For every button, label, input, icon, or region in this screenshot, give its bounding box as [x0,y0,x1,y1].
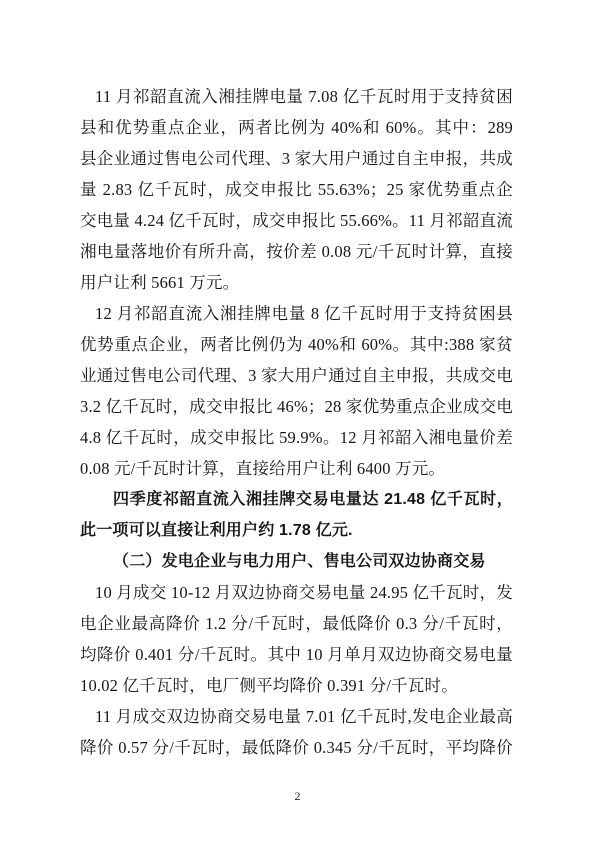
text-line: 县和优势重点企业，两者比例为 40%和 60%。其中：289 家贫困 [80,112,513,143]
text-line: 均降价 0.401 分/千瓦时。其中 10 月单月双边协商交易电量 [80,639,513,670]
text-line: 10.02 亿千瓦时，电厂侧平均降价 0.391 分/千瓦时。 [80,670,513,701]
text-line: 优势重点企业，两者比例仍为 40%和 60%。其中:388 家贫困县企 [80,329,513,360]
text-line: 0.08 元/千瓦时计算，直接给用户让利 6400 万元。 [80,453,513,484]
document-page: 11 月祁韶直流入湘挂牌电量 7.08 亿千瓦时用于支持贫困县和优势重点企业，两… [0,0,595,842]
document-body: 11 月祁韶直流入湘挂牌电量 7.08 亿千瓦时用于支持贫困县和优势重点企业，两… [80,81,513,763]
text-line: 量 2.83 亿千瓦时，成交申报比 55.63%；25 家优势重点企业成 [80,174,513,205]
text-line: 4.8 亿千瓦时，成交申报比 59.9%。12 月祁韶入湘电量价差按 [80,422,513,453]
text-line: 11 月祁韶直流入湘挂牌电量 7.08 亿千瓦时用于支持贫困 [80,81,513,112]
text-line: 12 月祁韶直流入湘挂牌电量 8 亿千瓦时用于支持贫困县和 [80,298,513,329]
text-line: 11 月成交双边协商交易电量 7.01 亿千瓦时,发电企业最高 [80,701,513,732]
body-paragraph: 11 月祁韶直流入湘挂牌电量 7.08 亿千瓦时用于支持贫困县和优势重点企业，两… [80,81,513,298]
text-line: 电企业最高降价 1.2 分/千瓦时，最低降价 0.3 分/千瓦时，平 [80,608,513,639]
body-paragraph: 11 月成交双边协商交易电量 7.01 亿千瓦时,发电企业最高降价 0.57 分… [80,701,513,763]
section-heading: （二）发电企业与电力用户、售电公司双边协商交易 [80,546,513,577]
text-line: 降价 0.57 分/千瓦时，最低降价 0.345 分/千瓦时，平均降价 [80,732,513,763]
text-line: 县企业通过售电公司代理、3 家大用户通过自主申报，共成交电 [80,143,513,174]
text-line: 交电量 4.24 亿千瓦时，成交申报比 55.66%。11 月祁韶直流入 [80,205,513,236]
page-number: 2 [0,789,595,804]
text-line: 四季度祁韶直流入湘挂牌交易电量达 21.48 亿千瓦时，仅 [80,484,513,515]
text-line: 湘电量落地价有所升高，按价差 0.08 元/千瓦时计算，直接给 [80,236,513,267]
text-line: 3.2 亿千瓦时，成交申报比 46%；28 家优势重点企业成交电量 [80,391,513,422]
text-line: （二）发电企业与电力用户、售电公司双边协商交易 [80,546,513,577]
text-line: 业通过售电公司代理、3 家大用户通过自主申报，共成交电量 [80,360,513,391]
text-line: 此一项可以直接让利用户约 1.78 亿元. [80,515,513,546]
body-paragraph: 12 月祁韶直流入湘挂牌电量 8 亿千瓦时用于支持贫困县和优势重点企业，两者比例… [80,298,513,484]
text-line: 用户让利 5661 万元。 [80,267,513,298]
emphasis-paragraph: 四季度祁韶直流入湘挂牌交易电量达 21.48 亿千瓦时，仅此一项可以直接让利用户… [80,484,513,546]
body-paragraph: 10 月成交 10-12 月双边协商交易电量 24.95 亿千瓦时，发电企业最高… [80,577,513,701]
text-line: 10 月成交 10-12 月双边协商交易电量 24.95 亿千瓦时，发 [80,577,513,608]
